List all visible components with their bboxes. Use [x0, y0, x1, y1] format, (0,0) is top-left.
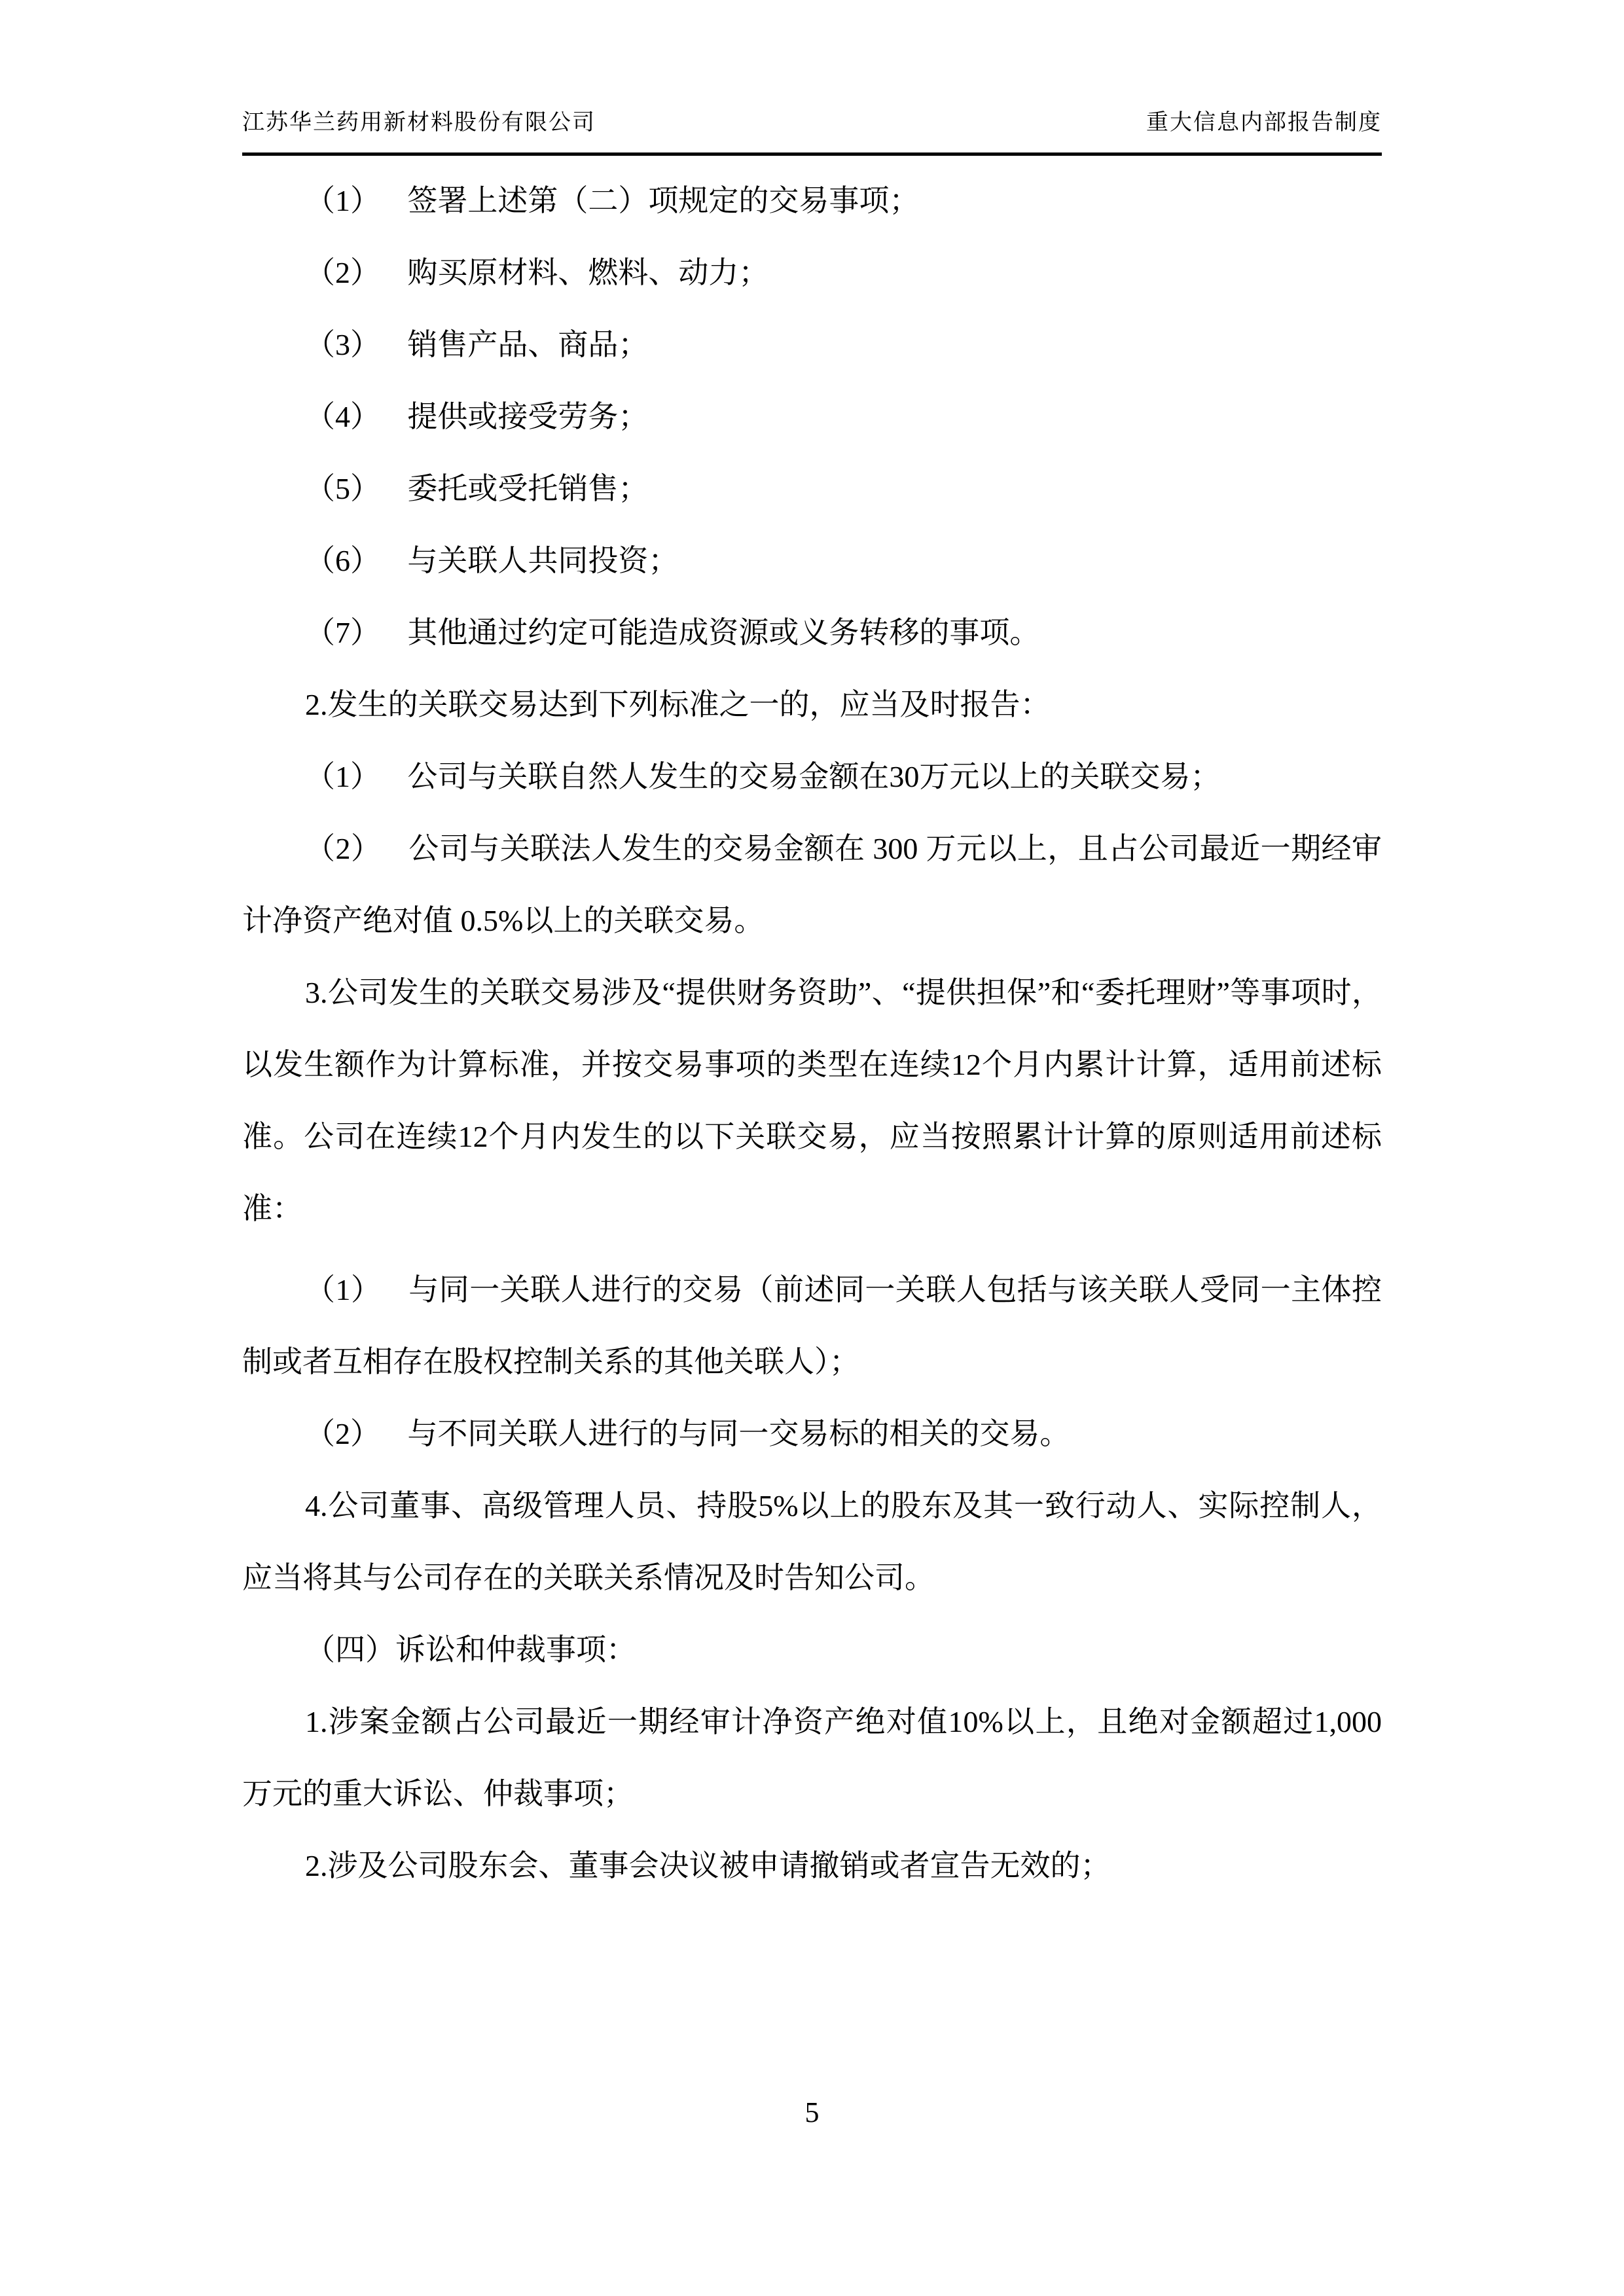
list-item-number: （7） [305, 616, 380, 649]
list-item: （1）与同一关联人进行的交易（前述同一关联人包括与该关联人受同一主体控制或者互相… [242, 1254, 1382, 1398]
list-item-text: 签署上述第（二）项规定的交易事项； [407, 184, 919, 217]
list-item-text: 与不同关联人进行的与同一交易标的相关的交易。 [407, 1417, 1070, 1450]
page-content: 江苏华兰药用新材料股份有限公司 重大信息内部报告制度 （1）签署上述第（二）项规… [242, 108, 1382, 1902]
paragraph-litigation-1: 1.涉案金额占公司最近一期经审计净资产绝对值10%以上，且绝对金额超过1,000… [242, 1686, 1382, 1830]
list-item: （2）与不同关联人进行的与同一交易标的相关的交易。 [242, 1398, 1382, 1470]
list-item: （1）公司与关联自然人发生的交易金额在30万元以上的关联交易； [242, 741, 1382, 813]
list-item-number: （2） [305, 1417, 380, 1450]
page-footer: 5 [0, 2093, 1624, 2132]
page-header: 江苏华兰药用新材料股份有限公司 重大信息内部报告制度 [242, 108, 1382, 138]
list-item-number: （5） [305, 472, 380, 505]
document-page: 江苏华兰药用新材料股份有限公司 重大信息内部报告制度 （1）签署上述第（二）项规… [0, 0, 1624, 2296]
list-item-number: （1） [305, 1273, 381, 1306]
list-item-number: （1） [305, 760, 380, 793]
list-item: （3）销售产品、商品； [242, 309, 1382, 381]
header-divider [242, 152, 1382, 156]
list-item: （7）其他通过约定可能造成资源或义务转移的事项。 [242, 597, 1382, 669]
header-company-name: 江苏华兰药用新材料股份有限公司 [242, 108, 596, 138]
header-document-title: 重大信息内部报告制度 [1146, 108, 1382, 138]
list-item-number: （6） [305, 544, 380, 577]
list-item: （6）与关联人共同投资； [242, 525, 1382, 597]
list-item-text: 与关联人共同投资； [407, 544, 678, 577]
list-item: （2）公司与关联法人发生的交易金额在 300 万元以上，且占公司最近一期经审计净… [242, 813, 1382, 957]
paragraph-rule-4: 4.公司董事、高级管理人员、持股5%以上的股东及其一致行动人、实际控制人，应当将… [242, 1470, 1382, 1614]
paragraph-rule-2: 2.发生的关联交易达到下列标准之一的，应当及时报告： [242, 669, 1382, 741]
list-item-number: （4） [305, 400, 380, 433]
list-item-text: 与同一关联人进行的交易（前述同一关联人包括与该关联人受同一主体控制或者互相存在股… [242, 1273, 1382, 1378]
list-item-number: （1） [305, 184, 380, 217]
list-item-number: （3） [305, 328, 380, 361]
paragraph-rule-3: 3.公司发生的关联交易涉及“提供财务资助”、“提供担保”和“委托理财”等事项时，… [242, 957, 1382, 1245]
list-item-text: 其他通过约定可能造成资源或义务转移的事项。 [407, 616, 1039, 649]
paragraph-litigation-2: 2.涉及公司股东会、董事会决议被申请撤销或者宣告无效的； [242, 1830, 1382, 1902]
list-item-text: 提供或接受劳务； [407, 400, 648, 433]
section-heading-litigation: （四）诉讼和仲裁事项： [242, 1614, 1382, 1686]
list-item-number: （2） [305, 256, 380, 289]
document-body: （1）签署上述第（二）项规定的交易事项； （2）购买原材料、燃料、动力； （3）… [242, 165, 1382, 1902]
list-item-text: 委托或受托销售； [407, 472, 648, 505]
list-item-text: 公司与关联法人发生的交易金额在 300 万元以上，且占公司最近一期经审计净资产绝… [242, 832, 1382, 937]
list-item-text: 购买原材料、燃料、动力； [407, 256, 768, 289]
list-item: （2）购买原材料、燃料、动力； [242, 237, 1382, 309]
page-number: 5 [805, 2096, 820, 2128]
list-item-text: 公司与关联自然人发生的交易金额在30万元以上的关联交易； [407, 760, 1220, 793]
sub-list: （1）与同一关联人进行的交易（前述同一关联人包括与该关联人受同一主体控制或者互相… [242, 1254, 1382, 1470]
list-item-number: （2） [305, 832, 381, 865]
list-item-text: 销售产品、商品； [407, 328, 648, 361]
list-item: （5）委托或受托销售； [242, 453, 1382, 525]
list-item: （4）提供或接受劳务； [242, 381, 1382, 453]
list-item: （1）签署上述第（二）项规定的交易事项； [242, 165, 1382, 237]
